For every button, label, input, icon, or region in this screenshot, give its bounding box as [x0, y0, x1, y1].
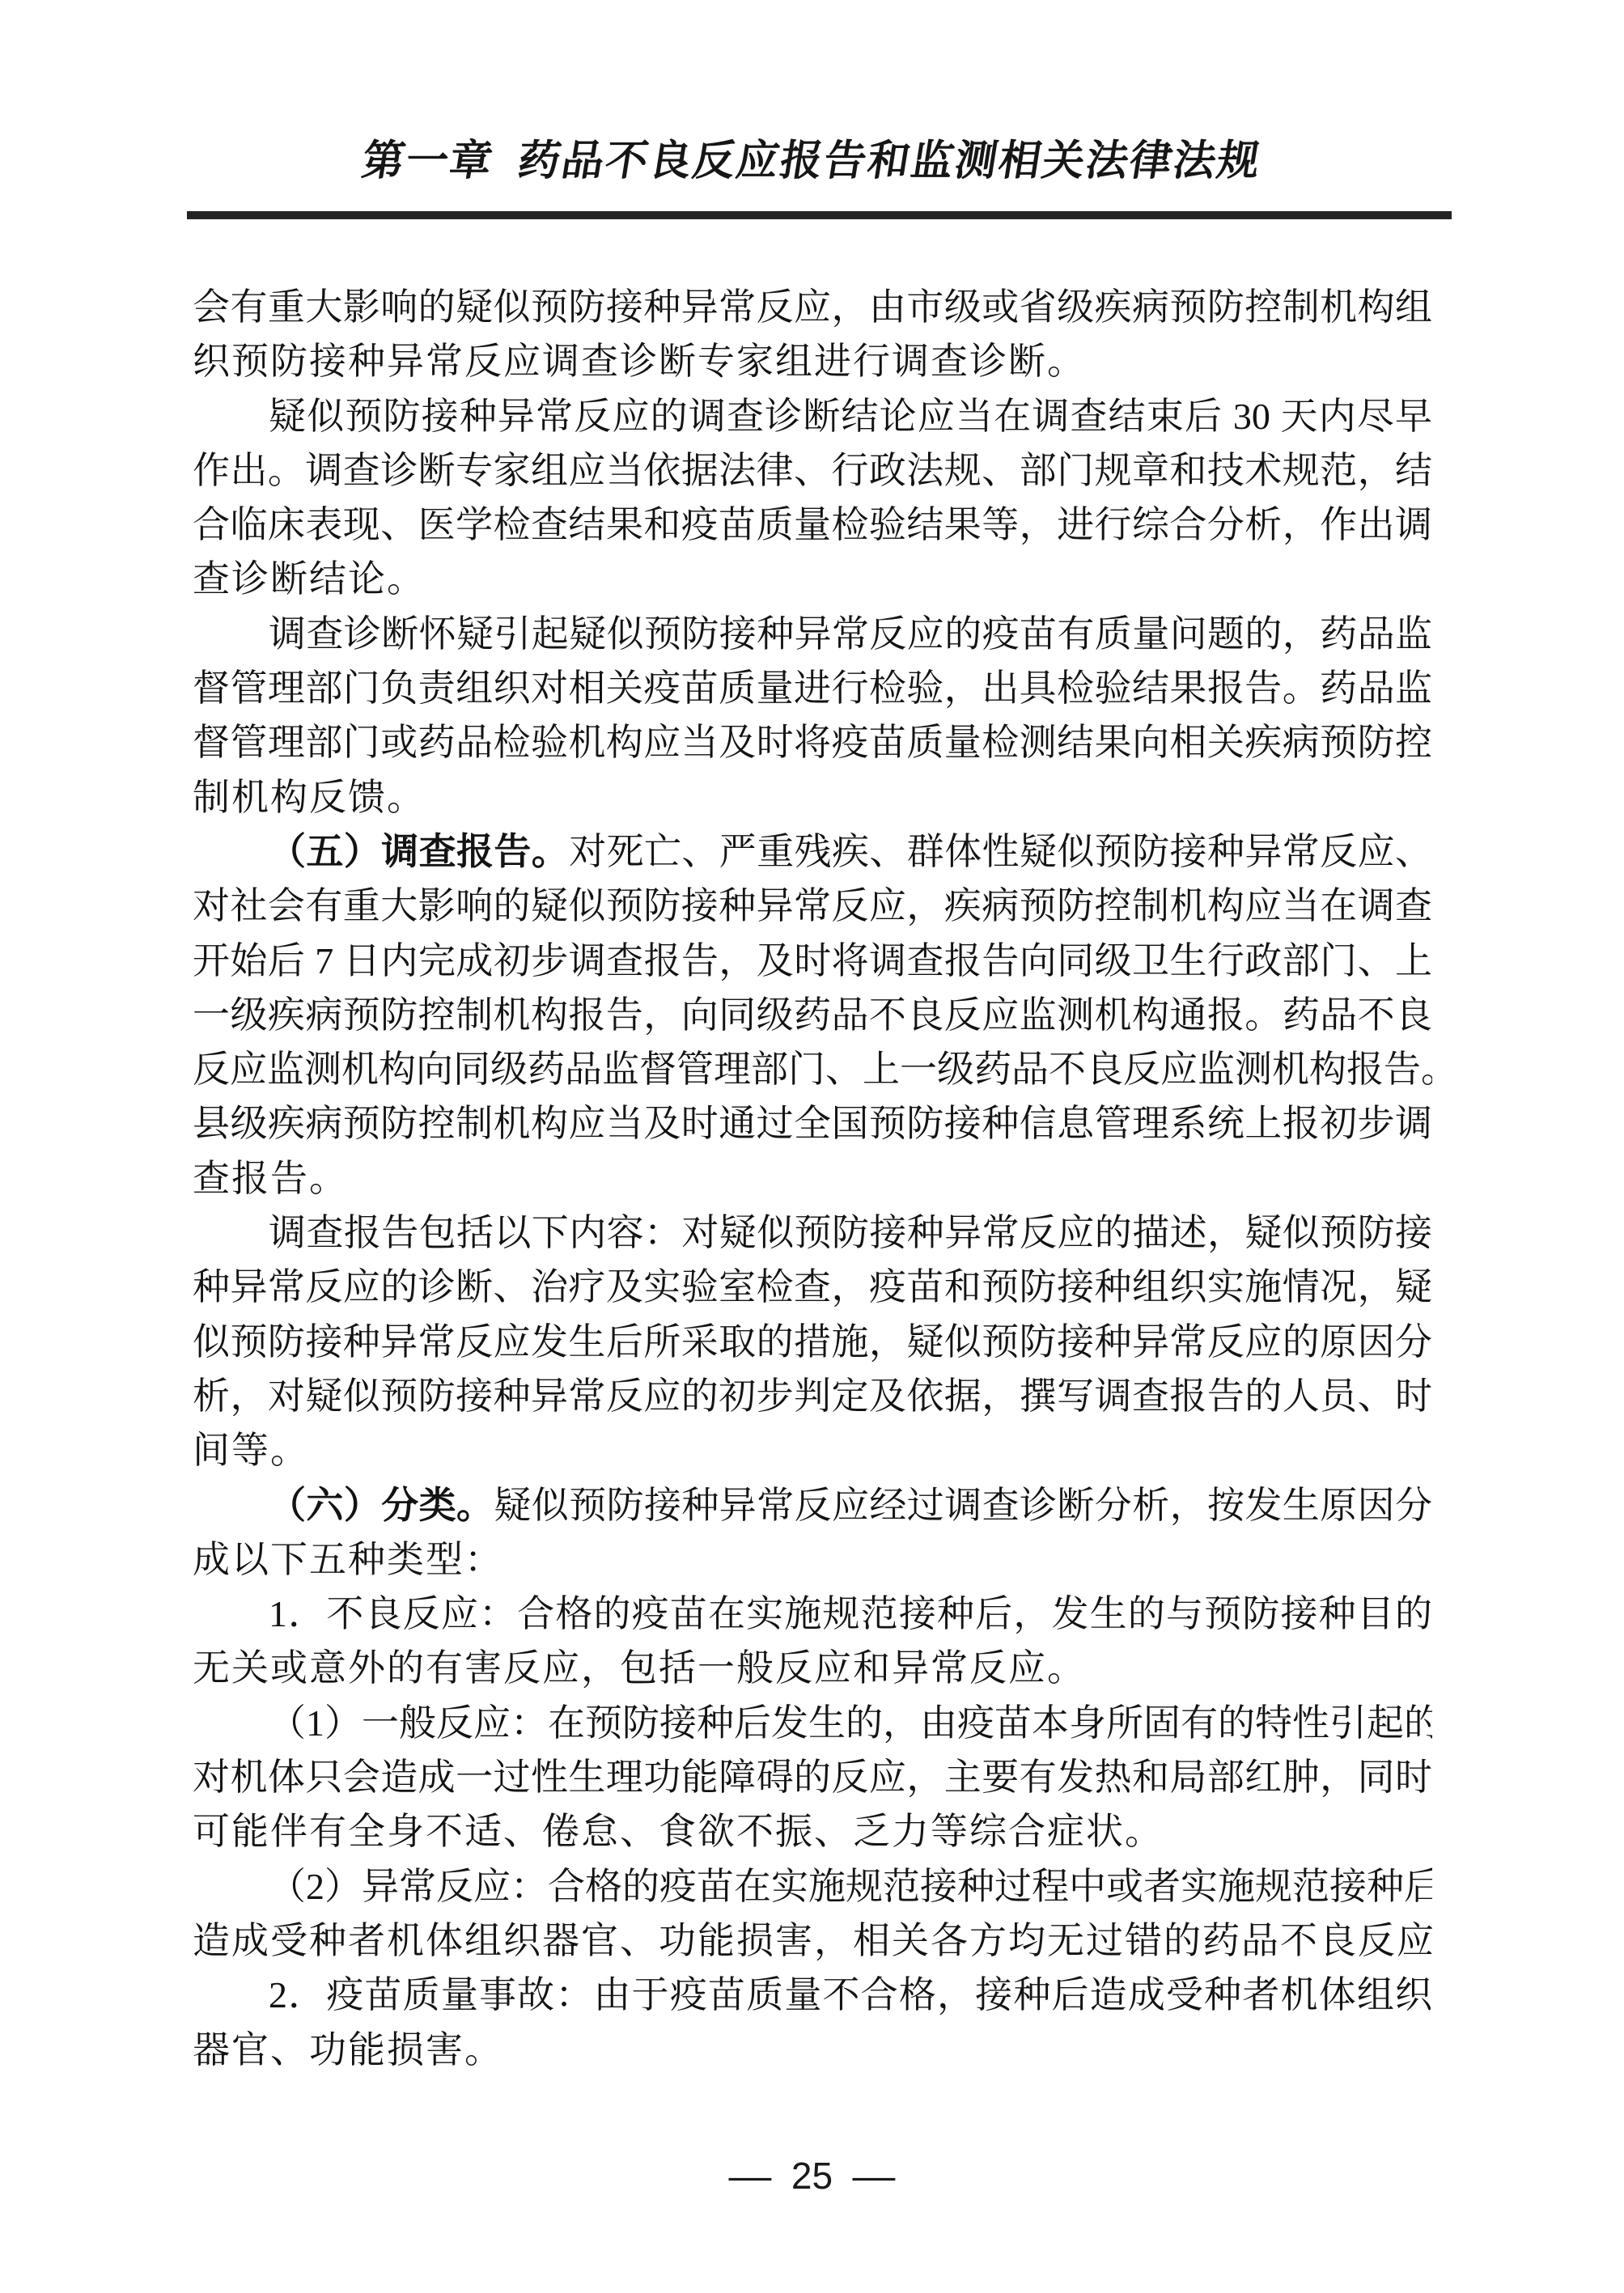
text-line: 制机构反馈。: [193, 770, 1432, 824]
text-run: 会有重大影响的疑似预防接种异常反应，由市级或省级疾病预防控制机构组: [193, 286, 1432, 328]
text-run: 一级疾病预防控制机构报告，向同级药品不良反应监测机构通报。药品不良: [193, 994, 1432, 1036]
text-line: 可能伴有全身不适、倦怠、食欲不振、乏力等综合症状。: [193, 1804, 1432, 1859]
text-run: 查诊断结论。: [193, 558, 426, 600]
text-run: 作出。调查诊断专家组应当依据法律、行政法规、部门规章和技术规范，结: [193, 450, 1432, 491]
text-run: 开始后 7 日内完成初步调查报告，及时将调查报告向同级卫生行政部门、上: [193, 940, 1432, 981]
text-run: 对死亡、严重残疾、群体性疑似预防接种异常反应、: [569, 831, 1432, 872]
text-line: （2）异常反应：合格的疫苗在实施规范接种过程中或者实施规范接种后: [193, 1859, 1432, 1914]
body-text: 会有重大影响的疑似预防接种异常反应，由市级或省级疾病预防控制机构组织预防接种异常…: [193, 280, 1432, 2077]
text-run: 县级疾病预防控制机构应当及时通过全国预防接种信息管理系统上报初步调: [193, 1103, 1432, 1144]
text-line: 查诊断结论。: [193, 552, 1432, 606]
text-run: 造成受种者机体组织器官、功能损害，相关各方均无过错的药品不良反应。: [193, 1920, 1432, 1961]
text-run: 疑似预防接种异常反应经过调查诊断分析，按发生原因分: [494, 1485, 1432, 1526]
document-page: 第一章 药品不良反应报告和监测相关法律法规 会有重大影响的疑似预防接种异常反应，…: [0, 0, 1624, 2293]
text-run: 间等。: [193, 1430, 309, 1471]
text-line: 织预防接种异常反应调查诊断专家组进行调查诊断。: [193, 334, 1432, 388]
text-run: 析，对疑似预防接种异常反应的初步判定及依据，撰写调查报告的人员、时: [193, 1375, 1432, 1417]
text-run: 似预防接种异常反应发生后所采取的措施，疑似预防接种异常反应的原因分: [193, 1321, 1432, 1363]
text-line: 种异常反应的诊断、治疗及实验室检查，疫苗和预防接种组织实施情况，疑: [193, 1260, 1432, 1314]
text-line: 调查诊断怀疑引起疑似预防接种异常反应的疫苗有质量问题的，药品监: [193, 607, 1432, 661]
text-run-bold: （六）分类。: [269, 1484, 494, 1526]
text-line: 查报告。: [193, 1151, 1432, 1206]
text-run: 调查报告包括以下内容：对疑似预防接种异常反应的描述，疑似预防接: [269, 1212, 1432, 1253]
footer-dash-right: —: [853, 2151, 896, 2201]
text-run: 督管理部门或药品检验机构应当及时将疫苗质量检测结果向相关疾病预防控: [193, 722, 1432, 763]
text-run: 可能伴有全身不适、倦怠、食欲不振、乏力等综合症状。: [193, 1811, 1164, 1852]
text-line: 调查报告包括以下内容：对疑似预防接种异常反应的描述，疑似预防接: [193, 1206, 1432, 1260]
text-run: 种异常反应的诊断、治疗及实验室检查，疫苗和预防接种组织实施情况，疑: [193, 1266, 1432, 1308]
text-line: 县级疾病预防控制机构应当及时通过全国预防接种信息管理系统上报初步调: [193, 1096, 1432, 1151]
text-run: 1．不良反应：合格的疫苗在实施规范接种后，发生的与预防接种目的: [269, 1593, 1432, 1634]
text-run: （1）一般反应：在预防接种后发生的，由疫苗本身所固有的特性引起的，: [269, 1702, 1432, 1744]
text-line: 造成受种者机体组织器官、功能损害，相关各方均无过错的药品不良反应。: [193, 1914, 1432, 1968]
text-line: 器官、功能损害。: [193, 2023, 1432, 2077]
text-line: 疑似预防接种异常反应的调查诊断结论应当在调查结束后 30 天内尽早: [193, 389, 1432, 443]
chapter-title: 第一章 药品不良反应报告和监测相关法律法规: [358, 136, 1265, 186]
text-run: 对机体只会造成一过性生理功能障碍的反应，主要有发热和局部红肿，同时: [193, 1757, 1432, 1798]
text-run: 调查诊断怀疑引起疑似预防接种异常反应的疫苗有质量问题的，药品监: [269, 613, 1432, 655]
page-number: 25: [791, 2151, 833, 2201]
text-run-bold: （五）调查报告。: [269, 830, 569, 872]
footer-dash-left: —: [728, 2151, 771, 2201]
text-line: （五）调查报告。对死亡、严重残疾、群体性疑似预防接种异常反应、: [193, 824, 1432, 879]
text-line: 对社会有重大影响的疑似预防接种异常反应，疾病预防控制机构应当在调查: [193, 879, 1432, 933]
text-run: 对社会有重大影响的疑似预防接种异常反应，疾病预防控制机构应当在调查: [193, 885, 1432, 926]
text-run: 疑似预防接种异常反应的调查诊断结论应当在调查结束后 30 天内尽早: [269, 396, 1432, 437]
text-run: （2）异常反应：合格的疫苗在实施规范接种过程中或者实施规范接种后: [269, 1866, 1432, 1907]
text-line: 反应监测机构向同级药品监督管理部门、上一级药品不良反应监测机构报告。: [193, 1042, 1432, 1096]
text-line: 督管理部门负责组织对相关疫苗质量进行检验，出具检验结果报告。药品监: [193, 661, 1432, 715]
text-line: 2．疫苗质量事故：由于疫苗质量不合格，接种后造成受种者机体组织: [193, 1968, 1432, 2022]
page-footer: —25—: [0, 2151, 1624, 2201]
text-line: （1）一般反应：在预防接种后发生的，由疫苗本身所固有的特性引起的，: [193, 1696, 1432, 1750]
text-line: 会有重大影响的疑似预防接种异常反应，由市级或省级疾病预防控制机构组: [193, 280, 1432, 334]
text-run: 2．疫苗质量事故：由于疫苗质量不合格，接种后造成受种者机体组织: [269, 1974, 1432, 2015]
text-line: 作出。调查诊断专家组应当依据法律、行政法规、部门规章和技术规范，结: [193, 443, 1432, 498]
text-run: 督管理部门负责组织对相关疫苗质量进行检验，出具检验结果报告。药品监: [193, 668, 1432, 709]
text-line: （六）分类。疑似预防接种异常反应经过调查诊断分析，按发生原因分: [193, 1478, 1432, 1532]
text-line: 无关或意外的有害反应，包括一般反应和异常反应。: [193, 1641, 1432, 1695]
header-rule: [187, 211, 1452, 219]
text-run: 反应监测机构向同级药品监督管理部门、上一级药品不良反应监测机构报告。: [193, 1049, 1432, 1090]
text-line: 开始后 7 日内完成初步调查报告，及时将调查报告向同级卫生行政部门、上: [193, 934, 1432, 988]
text-run: 织预防接种异常反应调查诊断专家组进行调查诊断。: [193, 341, 1086, 382]
text-line: 1．不良反应：合格的疫苗在实施规范接种后，发生的与预防接种目的: [193, 1587, 1432, 1641]
text-line: 对机体只会造成一过性生理功能障碍的反应，主要有发热和局部红肿，同时: [193, 1750, 1432, 1804]
text-run: 制机构反馈。: [193, 777, 426, 818]
text-line: 合临床表现、医学检查结果和疫苗质量检验结果等，进行综合分析，作出调: [193, 498, 1432, 552]
text-line: 似预防接种异常反应发生后所采取的措施，疑似预防接种异常反应的原因分: [193, 1315, 1432, 1369]
text-line: 一级疾病预防控制机构报告，向同级药品不良反应监测机构通报。药品不良: [193, 988, 1432, 1042]
text-line: 成以下五种类型：: [193, 1532, 1432, 1587]
chapter-header: 第一章 药品不良反应报告和监测相关法律法规: [0, 136, 1624, 197]
text-run: 合临床表现、医学检查结果和疫苗质量检验结果等，进行综合分析，作出调: [193, 504, 1432, 545]
text-line: 间等。: [193, 1423, 1432, 1477]
text-run: 查报告。: [193, 1158, 348, 1199]
text-line: 析，对疑似预防接种异常反应的初步判定及依据，撰写调查报告的人员、时: [193, 1369, 1432, 1423]
text-run: 成以下五种类型：: [193, 1539, 503, 1580]
text-run: 无关或意外的有害反应，包括一般反应和异常反应。: [193, 1647, 1086, 1689]
text-run: 器官、功能损害。: [193, 2029, 503, 2070]
text-line: 督管理部门或药品检验机构应当及时将疫苗质量检测结果向相关疾病预防控: [193, 715, 1432, 769]
